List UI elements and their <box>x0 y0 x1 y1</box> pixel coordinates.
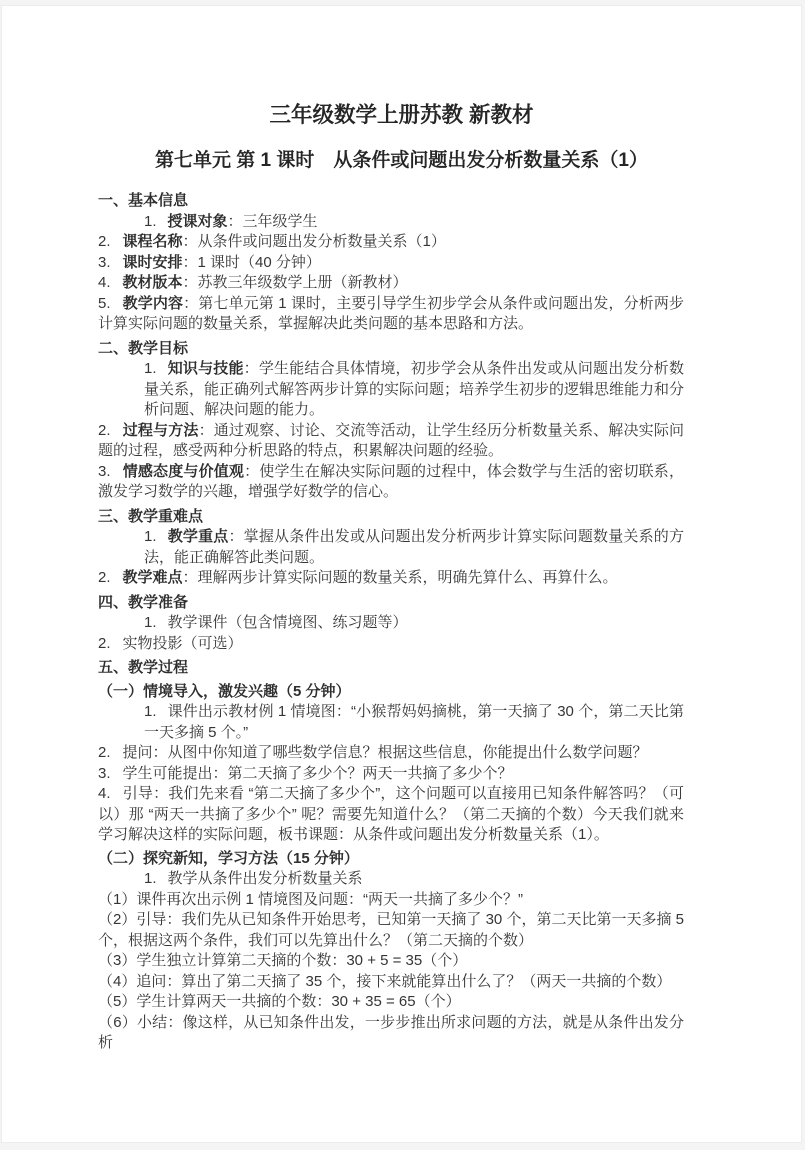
text-run: （5）学生计算两天一共摘的个数：30 + 35 = 65（个） <box>98 993 461 1010</box>
list-item: 2.课程名称：从条件或问题出发分析数量关系（1） <box>98 232 684 253</box>
text-run: （4）追问：算出了第二天摘了 35 个，接下来就能算出什么了？（两天一共摘的个数… <box>98 973 671 990</box>
list-item: 2.过程与方法：通过观察、讨论、交流等活动，让学生经历分析数量关系、解决实际问题… <box>98 421 684 462</box>
text-run: ：第七单元第 1 课时，主要引导学生初步学会从条件或问题出发，分析两步计算实际问… <box>98 295 684 333</box>
text-run: 知识与技能 <box>168 360 244 377</box>
list-item: 2.实物投影（可选） <box>98 634 684 655</box>
list-number: 1. <box>144 528 157 545</box>
document-title: 三年级数学上册苏教 新教材 <box>2 100 801 130</box>
list-number: 2. <box>98 422 111 439</box>
section-heading: 四、教学准备 <box>98 593 684 614</box>
text-run: 教学重点 <box>168 528 229 545</box>
text-run: （二）探究新知，学习方法（15 分钟） <box>98 850 359 867</box>
text-run: （一）情境导入，激发兴趣（5 分钟） <box>98 683 351 700</box>
list-item: 1.教学课件（包含情境图、练习题等） <box>98 613 684 634</box>
subsection-heading: （二）探究新知，学习方法（15 分钟） <box>98 849 684 870</box>
list-number: 5. <box>98 295 111 312</box>
paragraph: （6）小结：像这样，从已知条件出发，一步步推出所求问题的方法，就是从条件出发分析 <box>98 1013 684 1054</box>
text-run: 授课对象 <box>168 213 228 230</box>
list-number: 3. <box>98 254 111 271</box>
text-run: 二、教学目标 <box>98 340 188 357</box>
list-number: 2. <box>98 569 111 586</box>
text-run: ：三年级学生 <box>228 213 318 230</box>
list-number: 1. <box>144 703 157 720</box>
text-run: 实物投影（可选） <box>123 635 243 652</box>
section-heading: 三、教学重难点 <box>98 507 684 528</box>
paragraph: （3）学生独立计算第二天摘的个数：30 + 5 = 35（个） <box>98 951 684 972</box>
document-subtitle: 第七单元 第 1 课时 从条件或问题出发分析数量关系（1） <box>2 147 801 174</box>
text-run: ：1 课时（40 分钟） <box>183 254 321 271</box>
text-run: 课程名称 <box>123 233 183 250</box>
text-run: 五、教学过程 <box>98 659 188 676</box>
list-item: 1.授课对象：三年级学生 <box>98 212 684 233</box>
list-item: 1.知识与技能：学生能结合具体情境，初步学会从条件出发或从问题出发分析数量关系，… <box>98 359 684 421</box>
list-number: 1. <box>144 614 157 631</box>
text-run: （1）课件再次出示例 1 情境图及问题：“两天一共摘了多少个？” <box>98 891 523 908</box>
text-run: 教材版本 <box>123 274 183 291</box>
list-number: 2. <box>98 744 111 761</box>
text-run: 提问：从图中你知道了哪些数学信息？根据这些信息，你能提出什么数学问题？ <box>123 744 648 761</box>
list-number: 2. <box>98 233 111 250</box>
list-item: 1.教学重点：掌握从条件出发或从问题出发分析两步计算实际问题数量关系的方法，能正… <box>98 527 684 568</box>
list-item: 2.提问：从图中你知道了哪些数学信息？根据这些信息，你能提出什么数学问题？ <box>98 743 684 764</box>
text-run: 情感态度与价值观 <box>123 463 245 480</box>
list-item: 3.课时安排：1 课时（40 分钟） <box>98 253 684 274</box>
text-run: 三、教学重难点 <box>98 508 203 525</box>
list-item: 1.教学从条件出发分析数量关系 <box>98 869 684 890</box>
text-run: 四、教学准备 <box>98 594 188 611</box>
paragraph: （2）引导：我们先从已知条件开始思考，已知第一天摘了 30 个，第二天比第一天多… <box>98 910 684 951</box>
list-item: 5.教学内容：第七单元第 1 课时，主要引导学生初步学会从条件或问题出发，分析两… <box>98 294 684 335</box>
text-run: 一、基本信息 <box>98 192 188 209</box>
text-run: （3）学生独立计算第二天摘的个数：30 + 5 = 35（个） <box>98 952 467 969</box>
document-page: 三年级数学上册苏教 新教材 第七单元 第 1 课时 从条件或问题出发分析数量关系… <box>1 5 802 1143</box>
section-heading: 一、基本信息 <box>98 191 684 212</box>
text-run: ：理解两步计算实际问题的数量关系，明确先算什么、再算什么。 <box>183 569 618 586</box>
document-body: 一、基本信息1.授课对象：三年级学生2.课程名称：从条件或问题出发分析数量关系（… <box>98 191 684 1054</box>
list-number: 1. <box>144 360 157 377</box>
list-number: 1. <box>144 213 157 230</box>
text-run: 教学内容 <box>123 295 184 312</box>
list-item: 4.教材版本：苏教三年级数学上册（新教材） <box>98 273 684 294</box>
list-number: 3. <box>98 463 111 480</box>
text-run: （2）引导：我们先从已知条件开始思考，已知第一天摘了 30 个，第二天比第一天多… <box>98 911 684 949</box>
text-run: 引导：我们先来看 “第二天摘了多少个”，这个问题可以直接用已知条件解答吗？（可以… <box>98 785 684 843</box>
paragraph: （4）追问：算出了第二天摘了 35 个，接下来就能算出什么了？（两天一共摘的个数… <box>98 972 684 993</box>
list-item: 3.学生可能提出：第二天摘了多少个？两天一共摘了多少个？ <box>98 764 684 785</box>
section-heading: 二、教学目标 <box>98 339 684 360</box>
list-number: 2. <box>98 635 111 652</box>
list-item: 2.教学难点：理解两步计算实际问题的数量关系，明确先算什么、再算什么。 <box>98 568 684 589</box>
text-run: ：从条件或问题出发分析数量关系（1） <box>183 233 446 250</box>
section-heading: 五、教学过程 <box>98 658 684 679</box>
list-number: 4. <box>98 785 111 802</box>
list-item: 1.课件出示教材例 1 情境图：“小猴帮妈妈摘桃，第一天摘了 30 个，第二天比… <box>98 702 684 743</box>
paragraph: （5）学生计算两天一共摘的个数：30 + 35 = 65（个） <box>98 992 684 1013</box>
text-run: 教学课件（包含情境图、练习题等） <box>168 614 408 631</box>
paragraph: （1）课件再次出示例 1 情境图及问题：“两天一共摘了多少个？” <box>98 890 684 911</box>
text-run: 课件出示教材例 1 情境图：“小猴帮妈妈摘桃，第一天摘了 30 个，第二天比第一… <box>144 703 684 741</box>
text-run: 课时安排 <box>123 254 183 271</box>
list-number: 1. <box>144 870 157 887</box>
list-number: 4. <box>98 274 111 291</box>
subsection-heading: （一）情境导入，激发兴趣（5 分钟） <box>98 682 684 703</box>
list-item: 4.引导：我们先来看 “第二天摘了多少个”，这个问题可以直接用已知条件解答吗？（… <box>98 784 684 846</box>
text-run: 教学难点 <box>123 569 183 586</box>
text-run: 学生可能提出：第二天摘了多少个？两天一共摘了多少个？ <box>123 765 513 782</box>
text-run: ：苏教三年级数学上册（新教材） <box>183 274 408 291</box>
list-number: 3. <box>98 765 111 782</box>
text-run: 过程与方法 <box>123 422 199 439</box>
document-viewer: { "page": { "title": "三年级数学上册苏教 新教材", "s… <box>0 0 805 1150</box>
list-item: 3.情感态度与价值观：使学生在解决实际问题的过程中，体会数学与生活的密切联系，激… <box>98 462 684 503</box>
text-run: （6）小结：像这样，从已知条件出发，一步步推出所求问题的方法，就是从条件出发分析 <box>98 1014 684 1052</box>
text-run: 教学从条件出发分析数量关系 <box>168 870 363 887</box>
